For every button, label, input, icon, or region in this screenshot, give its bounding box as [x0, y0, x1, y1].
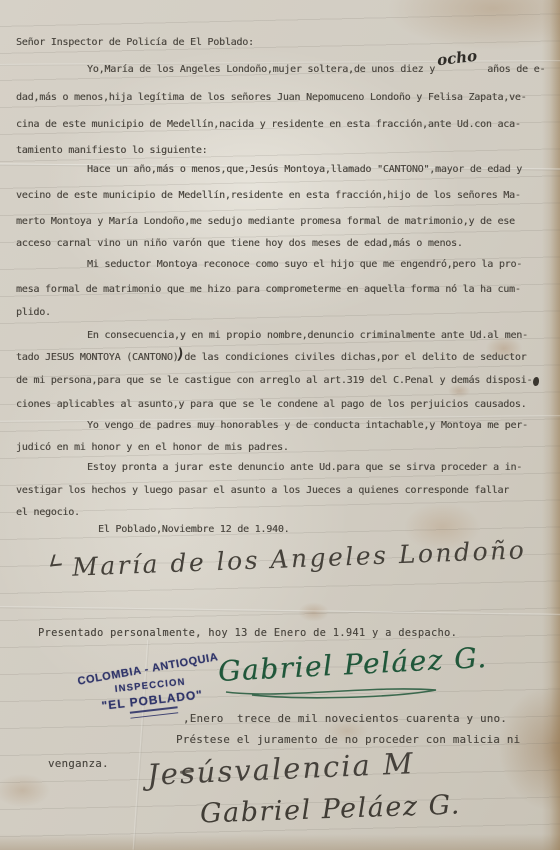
typed-line-16: ciones aplicables al asunto,y para que s…: [16, 398, 526, 411]
ink-tick-mark: [50, 553, 65, 566]
typed-line-8: merto Montoya y María Londoño,me sedujo …: [16, 215, 515, 228]
typed-line-10: Mi seductor Montoya reconoce como suyo e…: [87, 258, 522, 271]
oath-line-1: Préstese el juramento de no proceder con…: [176, 733, 520, 746]
typed-line-12: plido.: [16, 306, 51, 319]
typed-line-5: tamiento manifiesto lo siguiente:: [16, 144, 207, 157]
typed-line-9: acceso carnal vino un niño varón que tie…: [16, 237, 463, 250]
typed-line-15: de mi persona,para que se le castigue co…: [16, 374, 532, 387]
ink-blob: [533, 377, 539, 386]
signature-jesus-valencia: Jesúsvalencia M: [146, 746, 415, 792]
signature-maria-londono: María de los Angeles Londoño: [72, 535, 527, 581]
paper-crease: [0, 606, 560, 616]
typed-line-18: judicó en mi honor y en el honor de mis …: [16, 441, 289, 454]
typed-line-22: El Poblado,Noviembre 12 de 1.940.: [98, 523, 289, 536]
signature-gabriel-pelaez-black: Gabriel Peláez G.: [200, 789, 462, 829]
typed-line-4: cina de este municipio de Medellín,nacid…: [16, 118, 521, 131]
presentation-line: Presentado personalmente, hoy 13 de Ener…: [38, 627, 457, 639]
typed-line-2: Yo,María de los Angeles Londoño,mujer so…: [87, 63, 545, 76]
typed-line-13: En consecuencia,y en mi propio nombre,de…: [87, 329, 528, 342]
typed-line-11: mesa formal de matrimonio que me hizo pa…: [16, 283, 521, 296]
date-line-2: ,Enero trece de mil novecientos cuarenta…: [183, 712, 507, 725]
oath-line-2: venganza.: [48, 757, 109, 770]
typed-line-19: Estoy pronta a jurar este denuncio ante …: [87, 461, 522, 474]
typed-line-21: el negocio.: [16, 506, 80, 519]
typed-line-3: dad,más o menos,hija legítima de los señ…: [16, 91, 526, 104]
typed-line-17: Yo vengo de padres muy honorables y de c…: [87, 419, 528, 432]
typed-line-20: vestigar los hechos y luego pasar el asu…: [16, 484, 509, 497]
document-page: Señor Inspector de Policía de El Poblado…: [0, 0, 560, 850]
typed-line-6: Hace un año,más o menos,que,Jesús Montoy…: [87, 163, 522, 176]
typed-line-1: Señor Inspector de Policía de El Poblado…: [16, 36, 254, 49]
typed-line-7: vecino de este municipio de Medellín,res…: [16, 189, 521, 202]
typed-line-14: tado JESUS MONTOYA (CANTONO) de las cond…: [16, 351, 526, 364]
signature-gabriel-pelaez-green: Gabriel Peláez G.: [217, 641, 488, 688]
